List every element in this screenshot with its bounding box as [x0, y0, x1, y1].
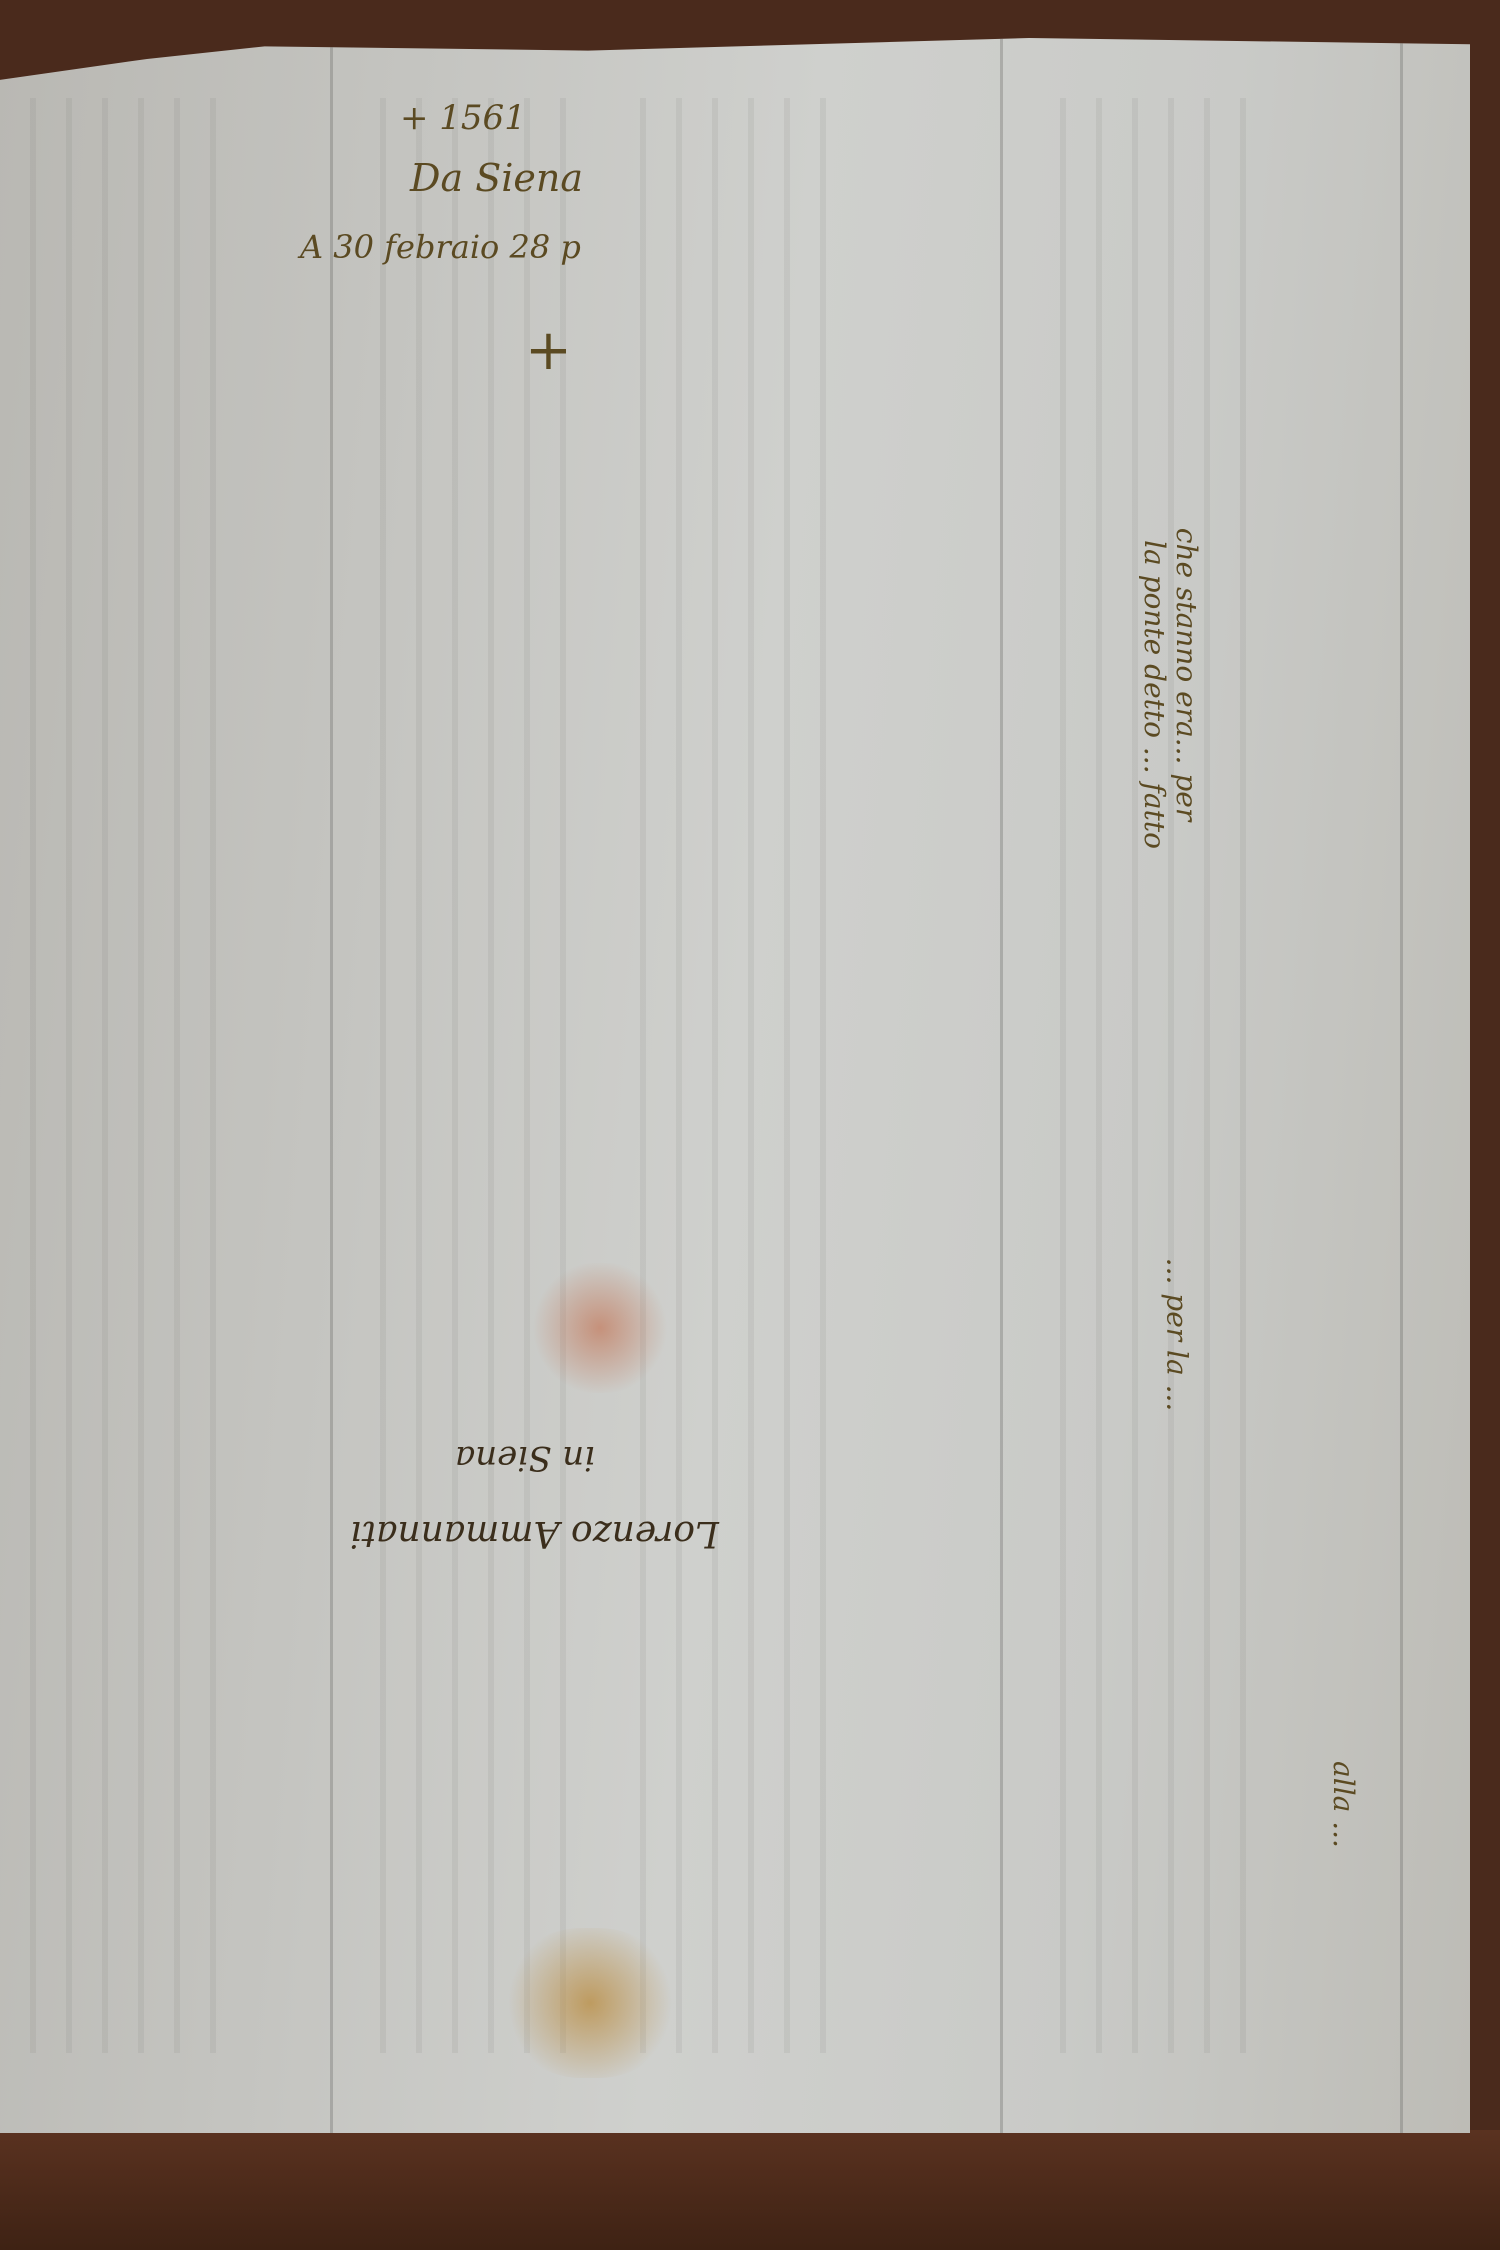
fold-line — [330, 38, 333, 2133]
manuscript-sheet: + 1561 Da Siena A 30 febraio 28 p + in S… — [0, 38, 1470, 2133]
fold-line — [1000, 38, 1003, 2133]
docket-year: + 1561 — [400, 98, 526, 138]
bleed-through-text — [380, 98, 590, 2053]
margin-line-1: che stanno era... per — [1170, 528, 1203, 821]
docket-date: A 30 febraio 28 p — [300, 228, 581, 266]
margin-line-4: alla ... — [1327, 1761, 1360, 1848]
address-line-1: Lorenzo Ammannati — [350, 1513, 719, 1554]
bleed-through-text — [30, 98, 240, 2053]
brown-seal-stain — [505, 1928, 675, 2078]
margin-line-2: la ponte detto ... fatto — [1138, 540, 1171, 849]
docket-name: Da Siena — [410, 156, 583, 200]
fold-line — [1400, 38, 1403, 2133]
cross-mark: + — [525, 318, 572, 383]
margin-line-3: ... per la ... — [1160, 1258, 1193, 1412]
wooden-table — [0, 2130, 1500, 2250]
address-line-2: in Siena — [455, 1438, 595, 1478]
bleed-through-text — [640, 98, 850, 2053]
bleed-through-text — [1060, 98, 1270, 2053]
red-seal-stain — [530, 1263, 670, 1393]
